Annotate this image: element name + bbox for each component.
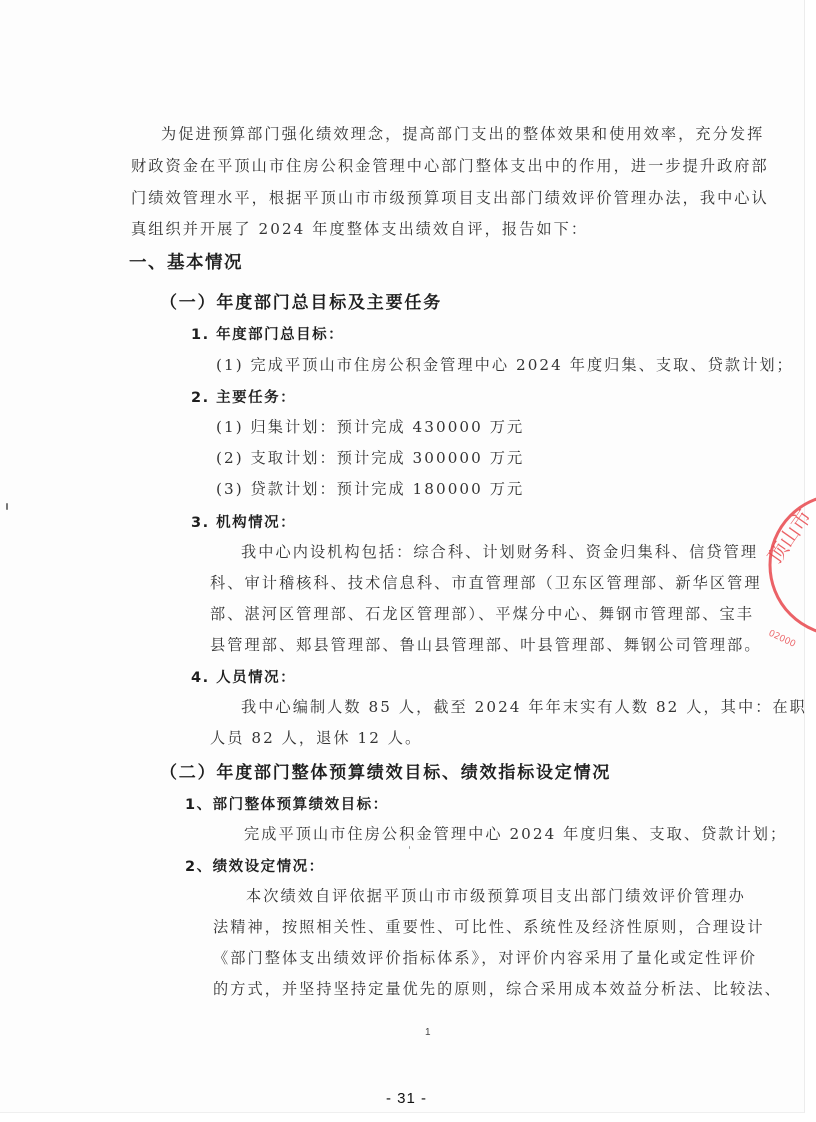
scan-speck: [6, 503, 8, 510]
organization-line-4: 县管理部、郏县管理部、鲁山县管理部、叶县管理部、舞钢公司管理部。: [210, 635, 762, 655]
staff-line-1: 我中心编制人数 85 人，截至 2024 年年末实有人数 82 人，其中：在职: [241, 697, 807, 717]
intro-line-3: 门绩效管理水平，根据平顶山市市级预算项目支出部门绩效评价管理办法，我中心认: [131, 188, 769, 208]
item-heading-main-tasks: 2. 主要任务：: [191, 386, 296, 407]
intro-line-1: 为促进预算部门强化绩效理念，提高部门支出的整体效果和使用效率，充分发挥: [161, 124, 764, 144]
subsection-heading-performance-targets: （二）年度部门整体预算绩效目标、绩效指标设定情况: [160, 758, 611, 783]
item-heading-budget-target: 1、部门整体预算绩效目标：: [185, 793, 389, 814]
organization-line-3: 部、湛河区管理部、石龙区管理部）、平煤分中心、舞钢市管理部、宝丰: [210, 604, 754, 624]
performance-setting-line-2: 法精神，按照相关性、重要性、可比性、系统性及经济性原则，合理设计: [213, 917, 765, 937]
outer-page-number: - 31 -: [386, 1090, 427, 1107]
task-withdrawal: (2) 支取计划：预计完成 300000 万元: [216, 448, 524, 468]
task-loan: (3) 贷款计划：预计完成 180000 万元: [216, 479, 524, 499]
document-page: 为促进预算部门强化绩效理念，提高部门支出的整体效果和使用效率，充分发挥 财政资金…: [0, 0, 805, 1113]
annual-goal-line: (1) 完成平顶山市住房公积金管理中心 2024 年度归集、支取、贷款计划；: [216, 355, 794, 375]
subsection-heading-goals-tasks: （一）年度部门总目标及主要任务: [160, 288, 442, 313]
budget-target-line: 完成平顶山市住房公积金管理中心 2024 年度归集、支取、贷款计划；: [244, 824, 787, 844]
inner-page-number: 1: [425, 1027, 431, 1038]
scan-speck: [409, 846, 410, 849]
organization-line-1: 我中心内设机构包括：综合科、计划财务科、资金归集科、信贷管理: [241, 542, 758, 562]
performance-setting-line-3: 《部门整体支出绩效评价指标体系》，对评价内容采用了量化或定性评价: [213, 948, 757, 968]
task-collection: (1) 归集计划：预计完成 430000 万元: [216, 417, 524, 437]
organization-line-2: 科、审计稽核科、技术信息科、市直管理部（卫东区管理部、新华区管理: [210, 573, 762, 593]
performance-setting-line-1: 本次绩效自评依据平顶山市市级预算项目支出部门绩效评价管理办: [246, 886, 746, 906]
item-heading-performance-setting: 2、绩效设定情况：: [185, 855, 325, 876]
item-heading-staff: 4. 人员情况：: [191, 666, 296, 687]
intro-line-2: 财政资金在平顶山市住房公积金管理中心部门整体支出中的作用，进一步提升政府部: [131, 156, 769, 176]
svg-text:02000: 02000: [767, 629, 797, 650]
section-heading-basic-info: 一、基本情况: [129, 249, 243, 274]
intro-line-4: 真组织并开展了 2024 年度整体支出绩效自评，报告如下：: [131, 219, 588, 239]
official-seal-icon: 顶山市 02000: [760, 485, 816, 660]
item-heading-organization: 3. 机构情况：: [191, 511, 296, 532]
svg-text:顶山市: 顶山市: [762, 505, 816, 568]
staff-line-2: 人员 82 人，退休 12 人。: [210, 728, 422, 748]
performance-setting-line-4: 的方式，并坚持坚持定量优先的原则，综合采用成本效益分析法、比较法、: [213, 979, 782, 999]
item-heading-annual-goal: 1. 年度部门总目标：: [191, 323, 344, 344]
